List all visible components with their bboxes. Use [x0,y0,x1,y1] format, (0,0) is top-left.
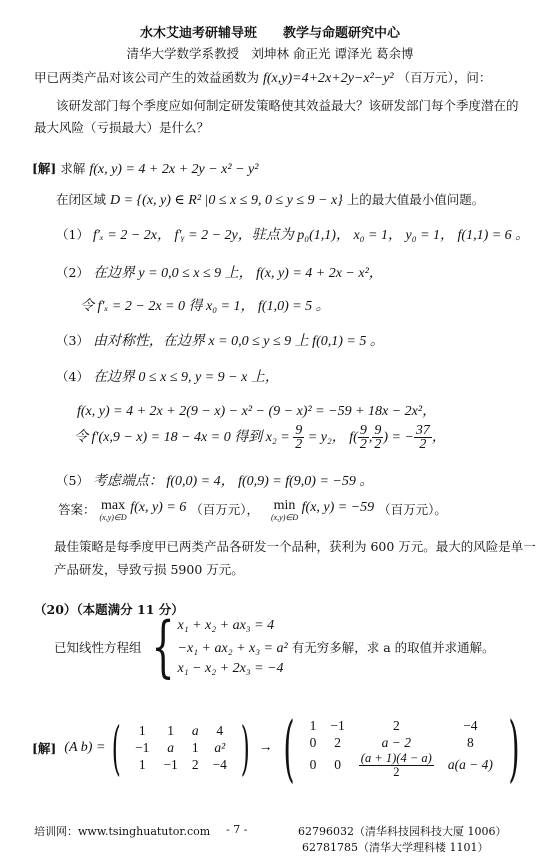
matrix-left-table: 11a4 −1a1a² 1−12−4 [128,723,234,774]
step-3: （3） 由对称性，在边界 x = 0,0 ≤ y ≤ 9 上 f(0,1) = … [56,330,384,350]
step-4-sub: 令 f′(x,9 − x) = 18 − 4x = 0 得到 x₂ = 92 =… [74,424,446,451]
profit-function: f(x,y)=4+2x+2y−x²−y² [263,71,394,86]
matrix-right: ( 1−12−4 02a − 28 00(a + 1)(4 − a)2a(a −… [275,712,528,784]
step-text: 令 f′ₓ = 2 − 2x = 0 得 x₀ = 1， f(1,0) = 5 … [80,299,330,314]
equation-system: x₁ + x₂ + ax₃ = 4 −x₁ + ax₂ + x₃ = a² 有无… [178,618,495,677]
domain-formula: D = {(x, y) ∈ R² |0 ≤ x ≤ 9, 0 ≤ y ≤ 9 −… [110,193,343,208]
matrix-right-table: 1−12−4 02a − 28 00(a + 1)(4 − a)2a(a − 4… [303,718,500,779]
step-2-sub: 令 f′ₓ = 2 − 2x = 0 得 x₀ = 1， f(1,0) = 5 … [80,295,330,315]
augmented-matrix-label: (A b) = [64,740,105,756]
fraction-denominator: 2 [372,438,383,451]
left-paren-icon: ( [112,719,121,777]
min-subscript: (x,y)∈D [271,512,298,524]
step-2: （2） 在边界 y = 0,0 ≤ x ≤ 9 上， f(x, y) = 4 +… [56,262,383,282]
step-4: （4） 在边界 0 ≤ x ≤ 9, y = 9 − x 上， [56,366,279,386]
step-text: f′ₓ = 2 − 2x， f′ᵧ = 2 − 2y，驻点为 p₀(1,1)， … [93,228,529,243]
matrix-left: ( 11a4 −1a1a² 1−12−4 ) [105,719,256,777]
step-text: ) = − [383,430,414,445]
step-text: 在边界 0 ≤ x ≤ 9, y = 9 − x 上， [93,370,279,385]
step-5: （5） 考虑端点： f(0,0) = 4， f(0,9) = f(9,0) = … [56,470,373,490]
max-operator: max(x,y)∈D [100,500,127,524]
step-text: = y₂， f( [304,430,358,445]
domain-suffix: 上的最大值最小值问题。 [347,192,485,207]
conclusion-line-2: 产品研发，导致亏损 5900 万元。 [54,560,244,578]
solve-formula: f(x, y) = 4 + 2x + 2y − x² − y² [89,162,258,177]
answer-line: 答案： max(x,y)∈D f(x, y) = 6 （百万元）， min(x,… [58,500,447,524]
equation-1: x₁ + x₂ + ax₃ = 4 [178,618,495,634]
fraction-numerator: 37 [414,424,432,438]
solution-label: [解] [32,161,56,176]
fraction-denominator: 2 [414,438,432,451]
problem-intro: 甲已两类产品对该公司产生的效益函数为 f(x,y)=4+2x+2y−x²−y² … [34,68,491,87]
intro-unit: （百万元），问： [398,70,492,85]
step-text: 由对称性，在边界 x = 0,0 ≤ y ≤ 9 上 f(0,1) = 5 。 [93,334,384,349]
step-label: （1） [56,227,89,242]
equation-2-row: −x₁ + ax₂ + x₃ = a² 有无穷多解，求 a 的取值并求通解。 [178,638,495,657]
max-op: max [100,500,127,512]
equation-2: −x₁ + ax₂ + x₃ = a² [178,641,288,656]
step-label: （2） [56,265,89,280]
solve-prefix: 求解 [60,161,85,176]
fraction-numerator: 9 [372,424,383,438]
page-header-title: 水木艾迪考研辅导班 教学与命题研究中心 [0,22,540,41]
question-line-2: 最大风险（亏损最大）是什么？ [34,118,209,136]
step-text: 令 f′(x,9 − x) = 18 − 4x = 0 得到 x₂ = [74,430,293,445]
page-header-authors: 清华大学数学系教授 刘坤林 俞正光 谭泽光 葛余博 [0,44,540,62]
fraction-denominator: 2 [293,438,304,451]
intro-text: 甲已两类产品对该公司产生的效益函数为 [34,70,259,85]
answer-label: 答案： [58,502,96,517]
step-1: （1） f′ₓ = 2 − 2x， f′ᵧ = 2 − 2y，驻点为 p₀(1,… [56,224,529,244]
right-paren-icon: ) [241,719,250,777]
min-expression: f(x, y) = −59 [298,500,374,515]
footer-contact-2: 62781785（清华大学理科楼 1101） [302,839,488,855]
domain-line: 在闭区域 D = {(x, y) ∈ R² |0 ≤ x ≤ 9, 0 ≤ y … [56,190,484,209]
step-text: ， [432,430,446,445]
solution-label: [解] [32,739,56,757]
min-operator: min(x,y)∈D [271,500,298,524]
answer-unit: （百万元）。 [378,502,447,517]
min-op: min [271,500,298,512]
arrow-right-icon: → [259,740,273,756]
fraction: 92 [293,424,304,451]
domain-prefix: 在闭区域 [56,192,106,207]
left-paren-icon: ( [283,712,294,784]
conclusion-line-1: 最佳策略是每季度甲已两类产品各研发一个品种，获利为 600 万元。最大的风险是单… [54,537,536,555]
boundary-formula: f(x, y) = 4 + 2x + 2(9 − x) − x² − (9 − … [77,404,436,419]
fraction-denominator: 2 [358,438,369,451]
step-4-formula: f(x, y) = 4 + 2x + 2(9 − x) − x² − (9 − … [77,400,436,420]
step-label: （3） [56,333,89,348]
fraction: 372 [414,424,432,451]
page-number: - 7 - [226,823,247,836]
max-expression: f(x, y) = 6 [127,500,187,515]
fraction: 92 [358,424,369,451]
fraction-denominator: 2 [359,766,434,779]
problem-20-statement: 已知线性方程组 { x₁ + x₂ + ax₃ = 4 −x₁ + ax₂ + … [54,614,495,680]
fraction-numerator: (a + 1)(4 − a) [359,752,434,766]
step-text: 考虑端点： f(0,0) = 4， f(0,9) = f(9,0) = −59 … [93,474,373,489]
solution-solve-line: [解] 求解 f(x, y) = 4 + 2x + 2y − x² − y² [32,159,258,178]
system-prefix: 已知线性方程组 [54,638,142,656]
right-paren-icon: ) [508,712,519,784]
system-suffix: 有无穷多解，求 a 的取值并求通解。 [292,640,495,655]
fraction-numerator: 9 [293,424,304,438]
fraction-numerator: 9 [358,424,369,438]
answer-unit: （百万元）， [190,502,259,517]
left-brace-icon: { [151,614,174,680]
question-line-1: 该研发部门每个季度应如何制定研发策略使其效益最大？该研发部门每个季度潜在的 [56,96,519,114]
fraction: 92 [372,424,383,451]
step-text: 在边界 y = 0,0 ≤ x ≤ 9 上， f(x, y) = 4 + 2x … [93,266,383,281]
step-label: （5） [56,473,89,488]
max-subscript: (x,y)∈D [100,512,127,524]
equation-3: x₁ − x₂ + 2x₃ = −4 [178,661,495,677]
footer-contact-1: 62796032（清华科技园科技大厦 1006） [298,823,506,839]
step-label: （4） [56,369,89,384]
footer-website: 培训网：www.tsinghuatutor.com [34,823,210,839]
solution-20: [解] (A b) = ( 11a4 −1a1a² 1−12−4 ) → ( 1… [32,712,528,784]
